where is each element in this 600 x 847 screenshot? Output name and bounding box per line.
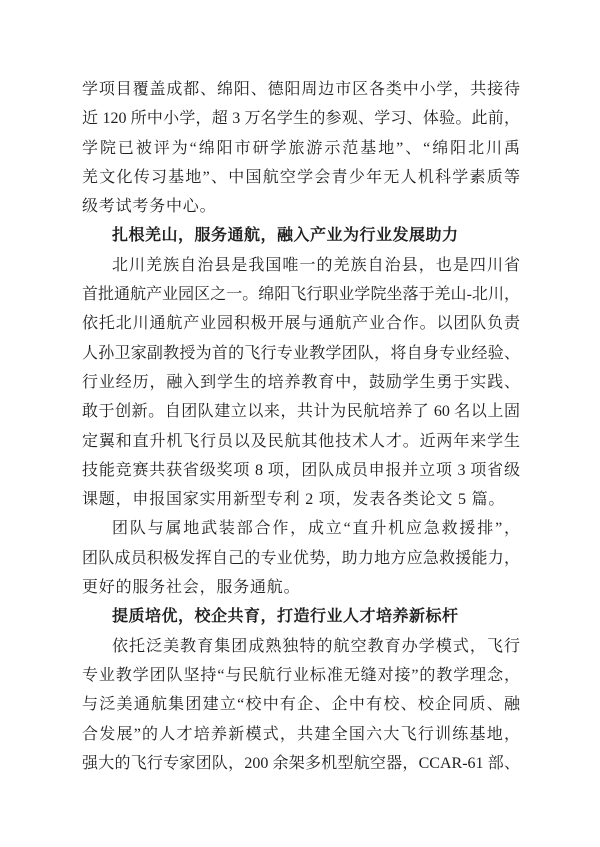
text-line: 首批通航产业园区之一。绵阳飞行职业学院坐落于羌山-北川，: [82, 280, 520, 309]
text-line: 学项目覆盖成都、绵阳、德阳周边市区各类中小学，共接待: [82, 75, 520, 104]
text-line: 级考试考务中心。: [82, 192, 520, 221]
text-block: 学项目覆盖成都、绵阳、德阳周边市区各类中小学，共接待 近 120 所中小学，超 …: [82, 75, 520, 778]
text-line: 敢于创新。自团队建立以来，共计为民航培养了 60 名以上固: [82, 397, 520, 426]
text-line: 专业教学团队坚持“与民航行业标准无缝对接”的教学理念，: [82, 661, 520, 690]
text-line: 近 120 所中小学，超 3 万名学生的参观、学习、体验。此前，: [82, 104, 520, 133]
text-line: 依托泛美教育集团成熟独特的航空教育办学模式，飞行: [82, 632, 520, 661]
text-line: 技能竞赛共获省级奖项 8 项，团队成员申报并立项 3 项省级: [82, 456, 520, 485]
section-heading: 提质培优，校企共育，打造行业人才培养新标杆: [82, 602, 520, 631]
text-line: 行业经历，融入到学生的培养教育中，鼓励学生勇于实践、: [82, 368, 520, 397]
text-line: 团队与属地武装部合作，成立“直升机应急救援排”，: [82, 514, 520, 543]
text-line: 与泛美通航集团建立“校中有企、企中有校、校企同质、融: [82, 690, 520, 719]
text-line: 强大的飞行专家团队，200 余架多机型航空器，CCAR-61 部、: [82, 749, 520, 778]
section-heading: 扎根羌山，服务通航，融入产业为行业发展助力: [82, 221, 520, 250]
text-line: 学院已被评为“绵阳市研学旅游示范基地”、“绵阳北川禹: [82, 134, 520, 163]
text-line: 课题，申报国家实用新型专利 2 项，发表各类论文 5 篇。: [82, 485, 520, 514]
text-line: 北川羌族自治县是我国唯一的羌族自治县，也是四川省: [82, 251, 520, 280]
document-page: 学项目覆盖成都、绵阳、德阳周边市区各类中小学，共接待 近 120 所中小学，超 …: [0, 0, 600, 847]
text-line: 羌文化传习基地”、中国航空学会青少年无人机科学素质等: [82, 163, 520, 192]
text-line: 依托北川通航产业园积极开展与通航产业合作。以团队负责: [82, 309, 520, 338]
text-line: 人孙卫家副教授为首的飞行专业教学团队，将自身专业经验、: [82, 339, 520, 368]
text-line: 更好的服务社会，服务通航。: [82, 573, 520, 602]
text-line: 团队成员积极发挥自己的专业优势，助力地方应急救援能力，: [82, 544, 520, 573]
text-line: 定翼和直升机飞行员以及民航其他技术人才。近两年来学生: [82, 427, 520, 456]
text-line: 合发展”的人才培养新模式，共建全国六大飞行训练基地，: [82, 720, 520, 749]
